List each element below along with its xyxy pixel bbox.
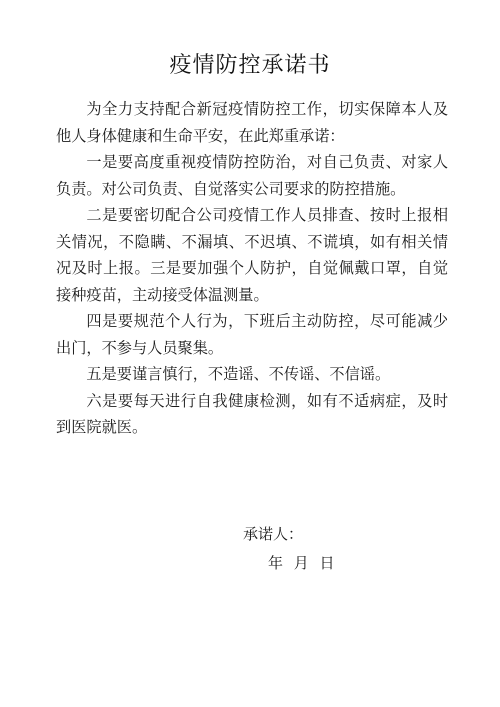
document-title: 疫情防控承诺书 — [0, 48, 500, 79]
paragraph-two-three: 二是要密切配合公司疫情工作人员排查、按时上报相关情况，不隐瞒、不漏填、不迟填、不… — [56, 202, 448, 308]
paragraph-five: 五是要谨言慎行，不造谣、不传谣、不信谣。 — [56, 361, 448, 388]
date-label: 年 月 日 — [268, 552, 335, 573]
paragraph-one: 一是要高度重视疫情防控防治，对自己负责、对家人负责。对公司负责、自觉落实公司要求… — [56, 149, 448, 202]
signature-label: 承诺人： — [243, 523, 303, 544]
document-body: 为全力支持配合新冠疫情防控工作，切实保障本人及他人身体健康和生命平安，在此郑重承… — [56, 96, 448, 441]
paragraph-six: 六是要每天进行自我健康检测，如有不适病症，及时到医院就医。 — [56, 388, 448, 441]
paragraph-four: 四是要规范个人行为，下班后主动防控，尽可能减少出门，不参与人员聚集。 — [56, 308, 448, 361]
paragraph-intro: 为全力支持配合新冠疫情防控工作，切实保障本人及他人身体健康和生命平安，在此郑重承… — [56, 96, 448, 149]
